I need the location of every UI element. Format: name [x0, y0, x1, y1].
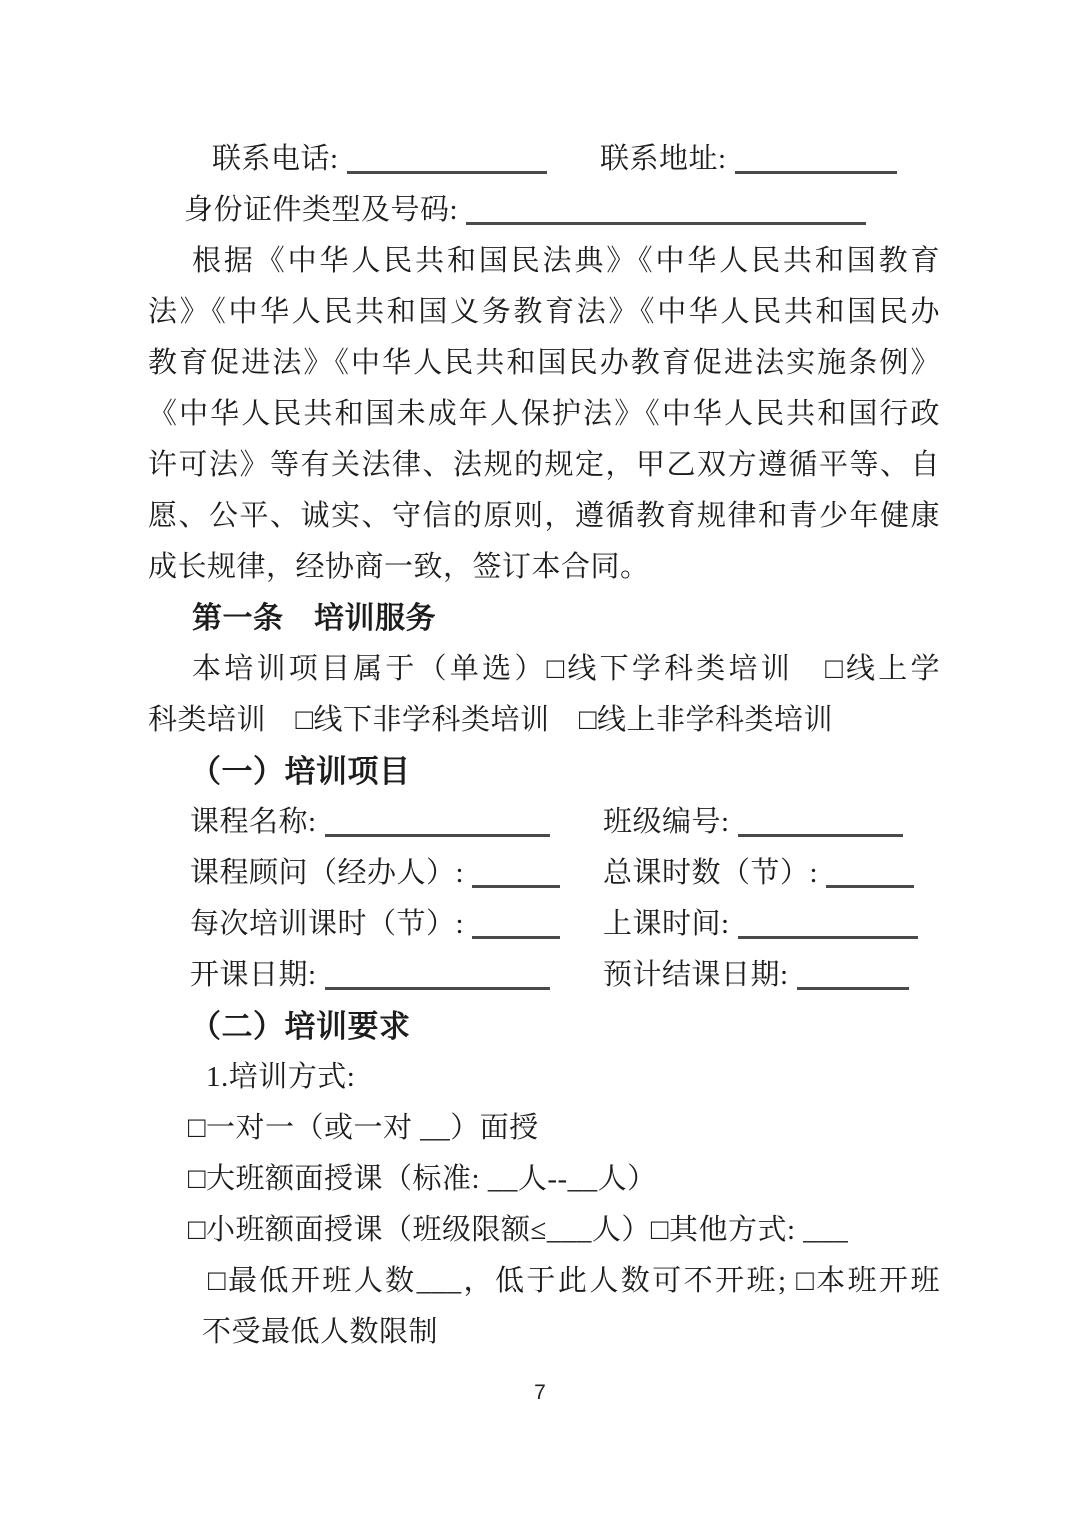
content-area: 联系电话: 联系地址: 身份证件类型及号码: 根据《中华人民共和国民法典》《中华… [148, 134, 940, 1358]
start-date-label: 开课日期: [190, 959, 317, 991]
total-hours-label: 总课时数（节）: [603, 857, 818, 889]
course-name-label: 课程名称: [190, 806, 317, 838]
start-date-row: 开课日期: 预计结课日期: [148, 950, 940, 1001]
option-small-class: □小班额面授课（班级限额≤___人）□其他方式: ___ [148, 1205, 940, 1256]
end-date-field: 预计结课日期: [603, 950, 940, 1001]
phone-field: 联系电话: [212, 134, 600, 185]
course-advisor-blank-underline [472, 855, 560, 888]
address-field: 联系地址: [600, 134, 940, 185]
address-blank-underline [735, 141, 897, 174]
course-name-blank-underline [325, 804, 550, 837]
id-label: 身份证件类型及号码: [184, 194, 458, 226]
session-hours-blank-underline [472, 906, 560, 939]
preamble-line: 根据《中华人民共和国民法典》《中华人民共和国教育 [148, 236, 940, 287]
end-date-label: 预计结课日期: [603, 959, 789, 991]
class-time-blank-underline [738, 906, 918, 939]
class-number-label: 班级编号: [603, 806, 730, 838]
class-number-field: 班级编号: [603, 797, 940, 848]
course-advisor-row: 课程顾问（经办人）: 总课时数（节）: [148, 848, 940, 899]
contract-document-page: 联系电话: 联系地址: 身份证件类型及号码: 根据《中华人民共和国民法典》《中华… [0, 0, 1080, 1527]
option-large-class: □大班额面授课（标准: __人--__人） [148, 1154, 940, 1205]
training-type-line-1: 本培训项目属于（单选）□线下学科类培训 □线上学 [148, 644, 940, 695]
class-time-label: 上课时间: [603, 908, 730, 940]
course-name-row: 课程名称: 班级编号: [148, 797, 940, 848]
section2-heading: （二）培训要求 [148, 1001, 940, 1052]
preamble-line: 教育促进法》《中华人民共和国民办教育促进法实施条例》 [148, 338, 940, 389]
phone-blank-underline [347, 141, 547, 174]
start-date-field: 开课日期: [190, 950, 603, 1001]
preamble-line: 成长规律，经协商一致，签订本合同。 [148, 542, 940, 593]
total-hours-field: 总课时数（节）: [603, 848, 940, 899]
end-date-blank-underline [797, 957, 909, 990]
address-label: 联系地址: [600, 143, 727, 175]
page-number: 7 [0, 1378, 1080, 1408]
option-minimum-enrollment: □最低开班人数___，低于此人数可不开班; □本班开班 [148, 1256, 940, 1307]
id-row: 身份证件类型及号码: [148, 185, 940, 236]
course-advisor-field: 课程顾问（经办人）: [190, 848, 603, 899]
preamble-line: 《中华人民共和国未成年人保护法》《中华人民共和国行政 [148, 389, 940, 440]
preamble-line: 法》《中华人民共和国义务教育法》《中华人民共和国民办 [148, 287, 940, 338]
course-advisor-label: 课程顾问（经办人）: [190, 857, 464, 889]
session-hours-row: 每次培训课时（节）: 上课时间: [148, 899, 940, 950]
phone-label: 联系电话: [212, 143, 339, 175]
session-hours-label: 每次培训课时（节）: [190, 908, 464, 940]
option-minimum-enrollment-continued: 不受最低人数限制 [148, 1307, 940, 1358]
start-date-blank-underline [325, 957, 550, 990]
class-number-blank-underline [738, 804, 903, 837]
preamble-line: 许可法》等有关法律、法规的规定，甲乙双方遵循平等、自 [148, 440, 940, 491]
training-type-line-2: 科类培训 □线下非学科类培训 □线上非学科类培训 [148, 695, 940, 746]
training-method-label: 1.培训方式: [148, 1052, 940, 1103]
section1-heading: （一）培训项目 [148, 746, 940, 797]
contact-row: 联系电话: 联系地址: [148, 134, 940, 185]
preamble-line: 愿、公平、诚实、守信的原则，遵循教育规律和青少年健康 [148, 491, 940, 542]
course-name-field: 课程名称: [190, 797, 603, 848]
class-time-field: 上课时间: [603, 899, 940, 950]
session-hours-field: 每次培训课时（节）: [190, 899, 603, 950]
total-hours-blank-underline [826, 855, 914, 888]
article1-heading: 第一条 培训服务 [148, 593, 940, 644]
id-blank-underline [466, 192, 866, 225]
option-one-on-one: □一对一（或一对 __）面授 [148, 1103, 940, 1154]
